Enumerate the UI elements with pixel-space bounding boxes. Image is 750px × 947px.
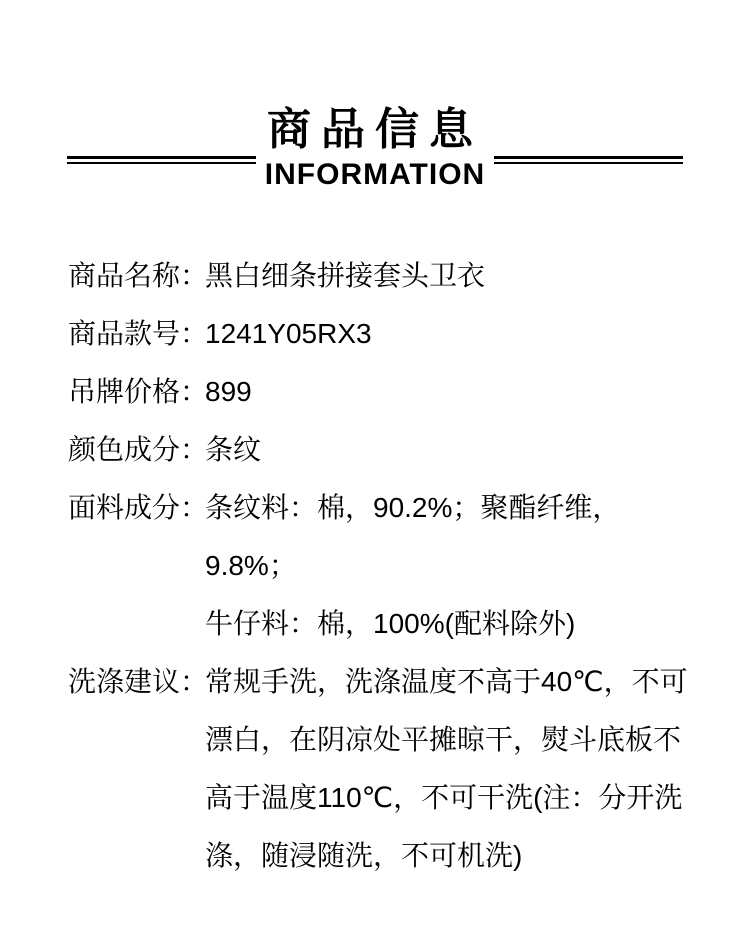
- value-line: 涤，随浸随洗，不可机洗): [205, 827, 688, 885]
- info-row-fabric-composition: 面料成分： 条纹料：棉，90.2%；聚酯纤维， 9.8%； 牛仔料：棉，100%…: [68, 479, 683, 653]
- field-label-product-code: 商品款号：: [68, 305, 205, 363]
- field-value-color: 条纹: [205, 421, 683, 479]
- field-label-fabric-composition: 面料成分：: [68, 479, 205, 537]
- field-label-product-name: 商品名称：: [68, 247, 205, 305]
- info-row-product-name: 商品名称： 黑白细条拼接套头卫衣: [68, 247, 683, 305]
- info-row-washing-advice: 洗涤建议： 常规手洗，洗涤温度不高于40℃，不可 漂白，在阴凉处平摊晾干，熨斗底…: [68, 653, 683, 885]
- value-line: 条纹料：棉，90.2%；聚酯纤维，: [205, 479, 683, 537]
- info-row-color: 颜色成分： 条纹: [68, 421, 683, 479]
- value-line: 高于温度110℃，不可干洗(注：分开洗: [205, 769, 688, 827]
- value-line: 1241Y05RX3: [205, 305, 683, 363]
- value-line: 黑白细条拼接套头卫衣: [205, 247, 683, 305]
- field-label-tag-price: 吊牌价格：: [68, 363, 205, 421]
- field-value-product-code: 1241Y05RX3: [205, 305, 683, 363]
- field-value-fabric-composition: 条纹料：棉，90.2%；聚酯纤维， 9.8%； 牛仔料：棉，100%(配料除外): [205, 479, 683, 653]
- field-value-washing-advice: 常规手洗，洗涤温度不高于40℃，不可 漂白，在阴凉处平摊晾干，熨斗底板不 高于温…: [205, 653, 688, 885]
- page-subtitle: INFORMATION: [0, 160, 750, 190]
- field-value-tag-price: 899: [205, 363, 683, 421]
- value-line: 条纹: [205, 421, 683, 479]
- field-value-product-name: 黑白细条拼接套头卫衣: [205, 247, 683, 305]
- product-info-page: 商品信息 INFORMATION 商品名称： 黑白细条拼接套头卫衣 商品款号： …: [0, 0, 750, 947]
- page-title: 商品信息: [0, 106, 750, 154]
- info-row-product-code: 商品款号： 1241Y05RX3: [68, 305, 683, 363]
- value-line: 漂白，在阴凉处平摊晾干，熨斗底板不: [205, 711, 688, 769]
- field-label-color: 颜色成分：: [68, 421, 205, 479]
- info-row-tag-price: 吊牌价格： 899: [68, 363, 683, 421]
- value-line: 常规手洗，洗涤温度不高于40℃，不可: [205, 653, 688, 711]
- value-line: 9.8%；: [205, 537, 683, 595]
- info-table: 商品名称： 黑白细条拼接套头卫衣 商品款号： 1241Y05RX3 吊牌价格： …: [68, 247, 683, 885]
- field-label-washing-advice: 洗涤建议：: [68, 653, 205, 711]
- value-line: 牛仔料：棉，100%(配料除外): [205, 595, 683, 653]
- value-line: 899: [205, 363, 683, 421]
